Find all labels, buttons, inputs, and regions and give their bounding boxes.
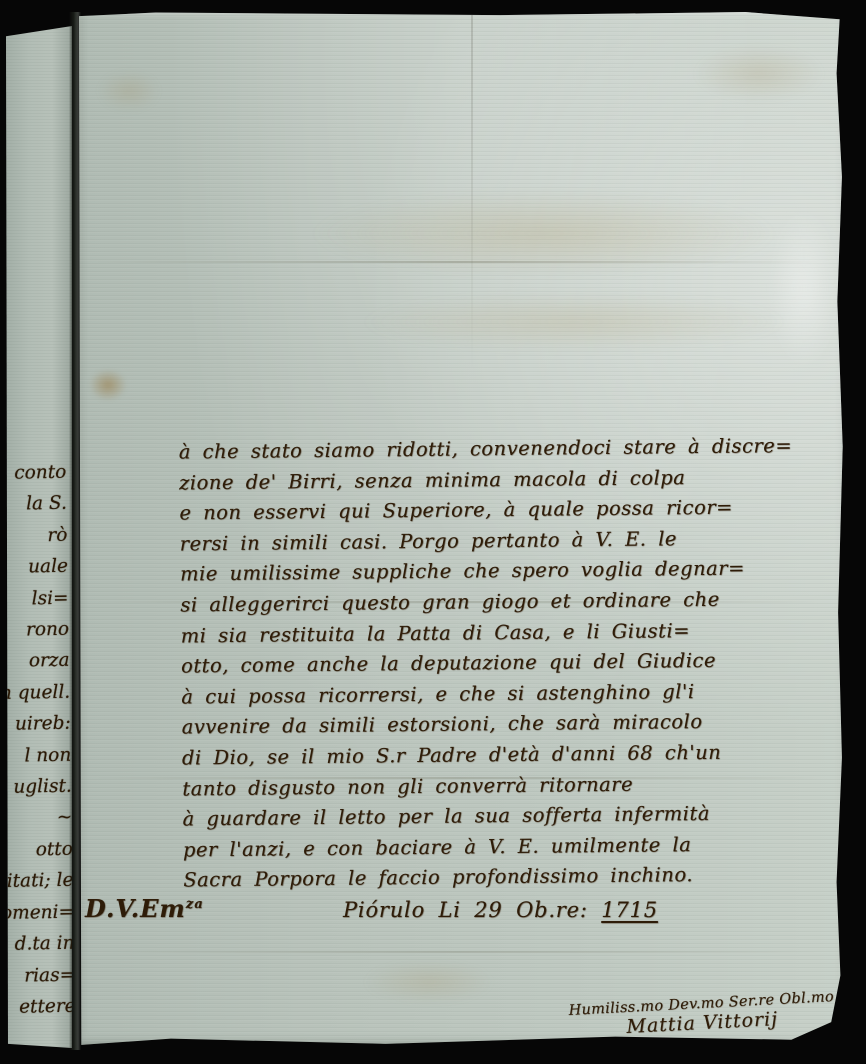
paper-stain <box>364 961 494 1003</box>
fold-crease <box>94 261 822 263</box>
manuscript-fragment: rono <box>6 614 69 648</box>
date-month: Ob.re: <box>516 898 588 922</box>
manuscript-fragment: uale <box>6 551 68 585</box>
paper-sheen <box>769 206 839 371</box>
paper-stain <box>694 46 824 101</box>
manuscript-fragment: omeni= <box>6 896 72 930</box>
letter-body: à che stato siamo ridotti, convenendoci … <box>179 431 844 897</box>
date-place: Piórulo <box>343 898 425 922</box>
manuscript-line: Sacra Porpora le faccio profondissimo in… <box>183 859 843 897</box>
date-year: 1715 <box>601 898 658 922</box>
manuscript-fragment: rò <box>6 520 68 554</box>
manuscript-fragment: d.ta in <box>6 928 72 962</box>
manuscript-fragment: ~ <box>6 802 72 836</box>
manuscript-fragment: ettere <box>6 991 72 1025</box>
manuscript-fragment: litati; le <box>6 865 72 899</box>
manuscript-fragment: uglist. <box>6 771 72 805</box>
paper-stain <box>89 369 127 401</box>
closing-main: D.V.Em <box>85 894 186 923</box>
paper-stain <box>99 71 159 111</box>
manuscript-fragment: otto <box>6 834 72 868</box>
page-fold-shadow <box>69 12 81 1050</box>
manuscript-fragment: rias= <box>6 959 72 993</box>
date-day: 29 <box>474 898 502 922</box>
manuscript-fragment: l non <box>6 739 72 773</box>
manuscript-fragment: conto <box>6 457 67 491</box>
paper-stain <box>359 293 789 351</box>
scanned-letter: contola S.ròualelsi=ronoorzan quell.uire… <box>0 0 866 1064</box>
manuscript-page: à che stato siamo ridotti, convenendoci … <box>79 11 845 1048</box>
fold-crease <box>94 951 822 953</box>
date-prefix: Li <box>439 898 461 922</box>
signature-block: Humiliss.mo Dev.mo Ser.re Obl.mo Mattia … <box>569 989 836 1041</box>
paper-stain <box>309 191 779 276</box>
manuscript-fragment: lsi= <box>6 582 69 616</box>
manuscript-fragment: orza <box>6 645 70 679</box>
adjacent-page-fragments: contola S.ròualelsi=ronoorzan quell.uire… <box>6 457 72 1025</box>
closing-superscript: za <box>186 897 204 912</box>
adjacent-page-edge: contola S.ròualelsi=ronoorzan quell.uire… <box>6 26 72 1048</box>
fold-crease <box>471 11 473 371</box>
dateline: Piórulo Li 29 Ob.re: 1715 <box>343 898 658 922</box>
manuscript-fragment: n quell. <box>6 677 70 711</box>
manuscript-fragment: uireb: <box>6 708 71 742</box>
manuscript-fragment: la S. <box>6 488 67 522</box>
closing-abbreviation: D.V.Emza <box>85 894 204 923</box>
